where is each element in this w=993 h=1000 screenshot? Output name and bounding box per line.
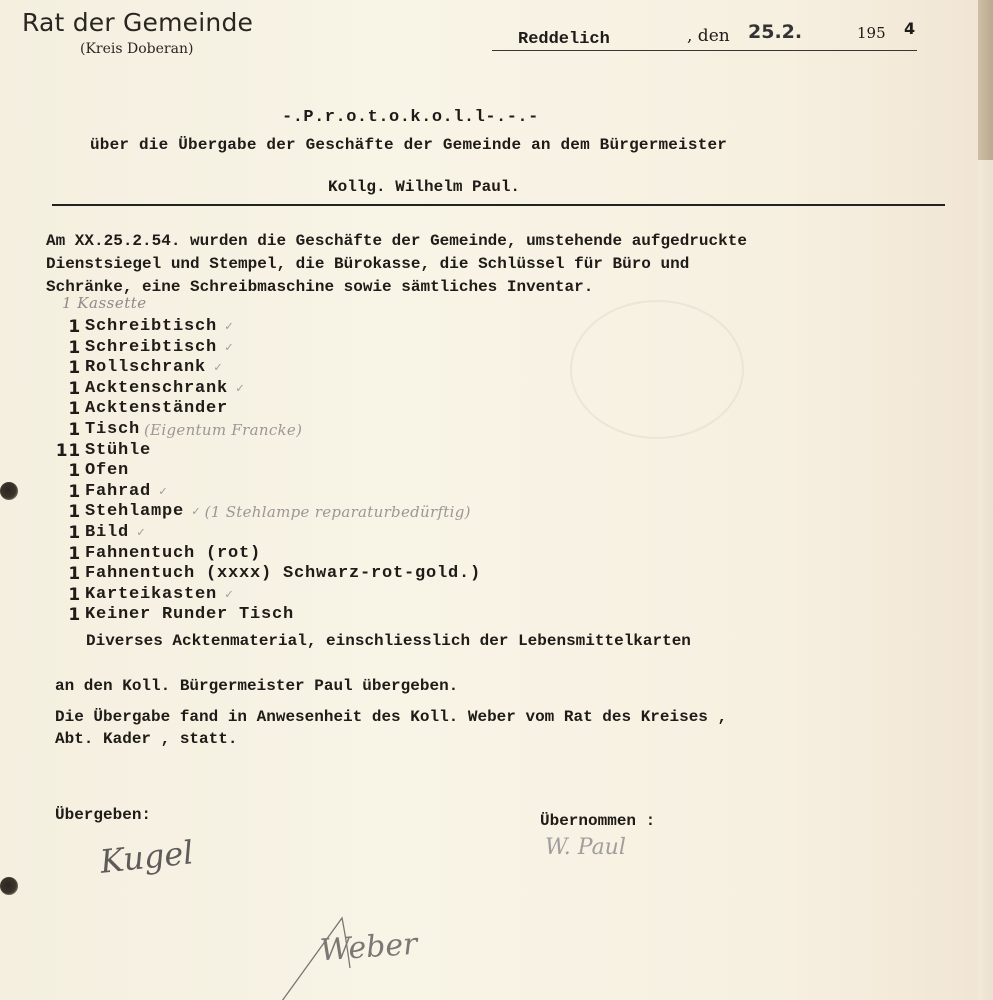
received-signature: W. Paul xyxy=(545,835,626,860)
inventory-quantity: 1 xyxy=(45,544,85,565)
organization-name: Rat der Gemeinde xyxy=(22,8,253,37)
inventory-item-name: Ofen xyxy=(85,461,129,482)
checkmark-icon: ✓ xyxy=(236,379,245,400)
handwritten-note: (Eigentum Francke) xyxy=(144,420,302,441)
recipient-name: Kollg. Wilhelm Paul. xyxy=(328,178,520,196)
inventory-quantity: 1 xyxy=(45,585,85,606)
inventory-item-name: Bild xyxy=(85,523,129,544)
inventory-item-name: Fahnentuch (rot) xyxy=(85,544,261,565)
handed-over-label: Übergeben: xyxy=(55,806,151,824)
checkmark-icon: ✓ xyxy=(159,482,168,503)
inventory-quantity: 1 xyxy=(45,605,85,626)
presence-line: Abt. Kader , statt. xyxy=(55,728,727,750)
place-name: Reddelich xyxy=(518,30,610,49)
inventory-item-name: Tisch xyxy=(85,420,140,441)
inventory-item-name: Stühle xyxy=(85,441,151,462)
inventory-quantity: 1 xyxy=(45,482,85,503)
year-prefix: 195 xyxy=(857,24,886,42)
inventory-quantity: 1 xyxy=(45,358,85,379)
intro-line: Am XX.25.2.54. wurden die Geschäfte der … xyxy=(46,230,986,253)
inventory-item: 1Fahnentuch (xxxx) Schwarz-rot-gold.) xyxy=(45,564,481,585)
inventory-item: 1Fahnentuch (rot) xyxy=(45,544,481,565)
inventory-item-name: Karteikasten xyxy=(85,585,217,606)
inventory-quantity: 11 xyxy=(45,441,85,462)
inventory-item: 1Stehlampe✓(1 Stehlampe reparaturbedürft… xyxy=(45,502,481,523)
inventory-item-name: Stehlampe xyxy=(85,502,184,523)
inventory-quantity: 1 xyxy=(45,399,85,420)
inventory-item-name: Keiner Runder Tisch xyxy=(85,605,294,626)
checkmark-icon: ✓ xyxy=(225,585,234,606)
inventory-quantity: 1 xyxy=(45,461,85,482)
dateline: Reddelich , den 25.2. 195 4 xyxy=(492,20,917,51)
inventory-quantity: 1 xyxy=(45,502,85,523)
checkmark-icon: ✓ xyxy=(192,502,201,523)
heading-divider xyxy=(52,204,945,206)
inventory-item: 1Acktenständer xyxy=(45,399,481,420)
inventory-item: 1Rollschrank✓ xyxy=(45,358,481,379)
witness-signature: Weber xyxy=(319,927,419,969)
handover-statement: an den Koll. Bürgermeister Paul übergebe… xyxy=(55,677,458,695)
letterhead: Rat der Gemeinde (Kreis Doberan) xyxy=(22,8,253,57)
punch-hole-icon xyxy=(0,877,18,895)
inventory-item-name: Acktenständer xyxy=(85,399,228,420)
inventory-item-name: Fahrad xyxy=(85,482,151,503)
page-edge-shadow xyxy=(978,0,993,160)
inventory-item: 1Bild✓ xyxy=(45,523,481,544)
additional-material: Diverses Acktenmaterial, einschliesslich… xyxy=(86,632,691,650)
inventory-item: 1Tisch(Eigentum Francke) xyxy=(45,420,481,441)
handwritten-note: (1 Stehlampe reparaturbedürftig) xyxy=(205,502,471,523)
checkmark-icon: ✓ xyxy=(225,338,234,359)
inventory-item: 1Ofen xyxy=(45,461,481,482)
inventory-quantity: 1 xyxy=(45,564,85,585)
inventory-item: 1Schreibtisch✓ xyxy=(45,338,481,359)
punch-hole-icon xyxy=(0,482,18,500)
handwritten-addition: 1 Kassette xyxy=(62,294,147,312)
inventory-item: 1Keiner Runder Tisch xyxy=(45,605,481,626)
date-value: 25.2. xyxy=(748,21,802,43)
document-subtitle: über die Übergabe der Geschäfte der Geme… xyxy=(90,136,727,154)
presence-statement: Die Übergabe fand in Anwesenheit des Kol… xyxy=(55,706,727,750)
inventory-item: 1Fahrad✓ xyxy=(45,482,481,503)
inventory-item-name: Schreibtisch xyxy=(85,338,217,359)
inventory-item-name: Rollschrank xyxy=(85,358,206,379)
inventory-item-name: Acktenschrank xyxy=(85,379,228,400)
intro-paragraph: Am XX.25.2.54. wurden die Geschäfte der … xyxy=(46,230,986,299)
intro-line: Schränke, eine Schreibmaschine sowie säm… xyxy=(46,276,986,299)
inventory-item-name: Schreibtisch xyxy=(85,317,217,338)
inventory-list: 1Schreibtisch✓1Schreibtisch✓1Rollschrank… xyxy=(45,317,481,626)
inventory-quantity: 1 xyxy=(45,523,85,544)
inventory-item: 11Stühle xyxy=(45,441,481,462)
district-name: (Kreis Doberan) xyxy=(80,41,253,57)
inventory-quantity: 1 xyxy=(45,420,85,441)
year-digit: 4 xyxy=(904,19,915,38)
inventory-item: 1Acktenschrank✓ xyxy=(45,379,481,400)
den-label: , den xyxy=(687,26,730,46)
presence-line: Die Übergabe fand in Anwesenheit des Kol… xyxy=(55,706,727,728)
document-title: -.P.r.o.t.o.k.o.l.l-.-.- xyxy=(282,108,539,127)
received-label: Übernommen : xyxy=(540,812,655,830)
inventory-quantity: 1 xyxy=(45,317,85,338)
inventory-quantity: 1 xyxy=(45,379,85,400)
inventory-item: 1Karteikasten✓ xyxy=(45,585,481,606)
intro-line: Dienstsiegel und Stempel, die Bürokasse,… xyxy=(46,253,986,276)
checkmark-icon: ✓ xyxy=(137,523,146,544)
faint-stamp-imprint xyxy=(570,300,744,439)
checkmark-icon: ✓ xyxy=(214,358,223,379)
inventory-item-name: Fahnentuch (xxxx) Schwarz-rot-gold.) xyxy=(85,564,481,585)
checkmark-icon: ✓ xyxy=(225,317,234,338)
inventory-quantity: 1 xyxy=(45,338,85,359)
inventory-item: 1Schreibtisch✓ xyxy=(45,317,481,338)
